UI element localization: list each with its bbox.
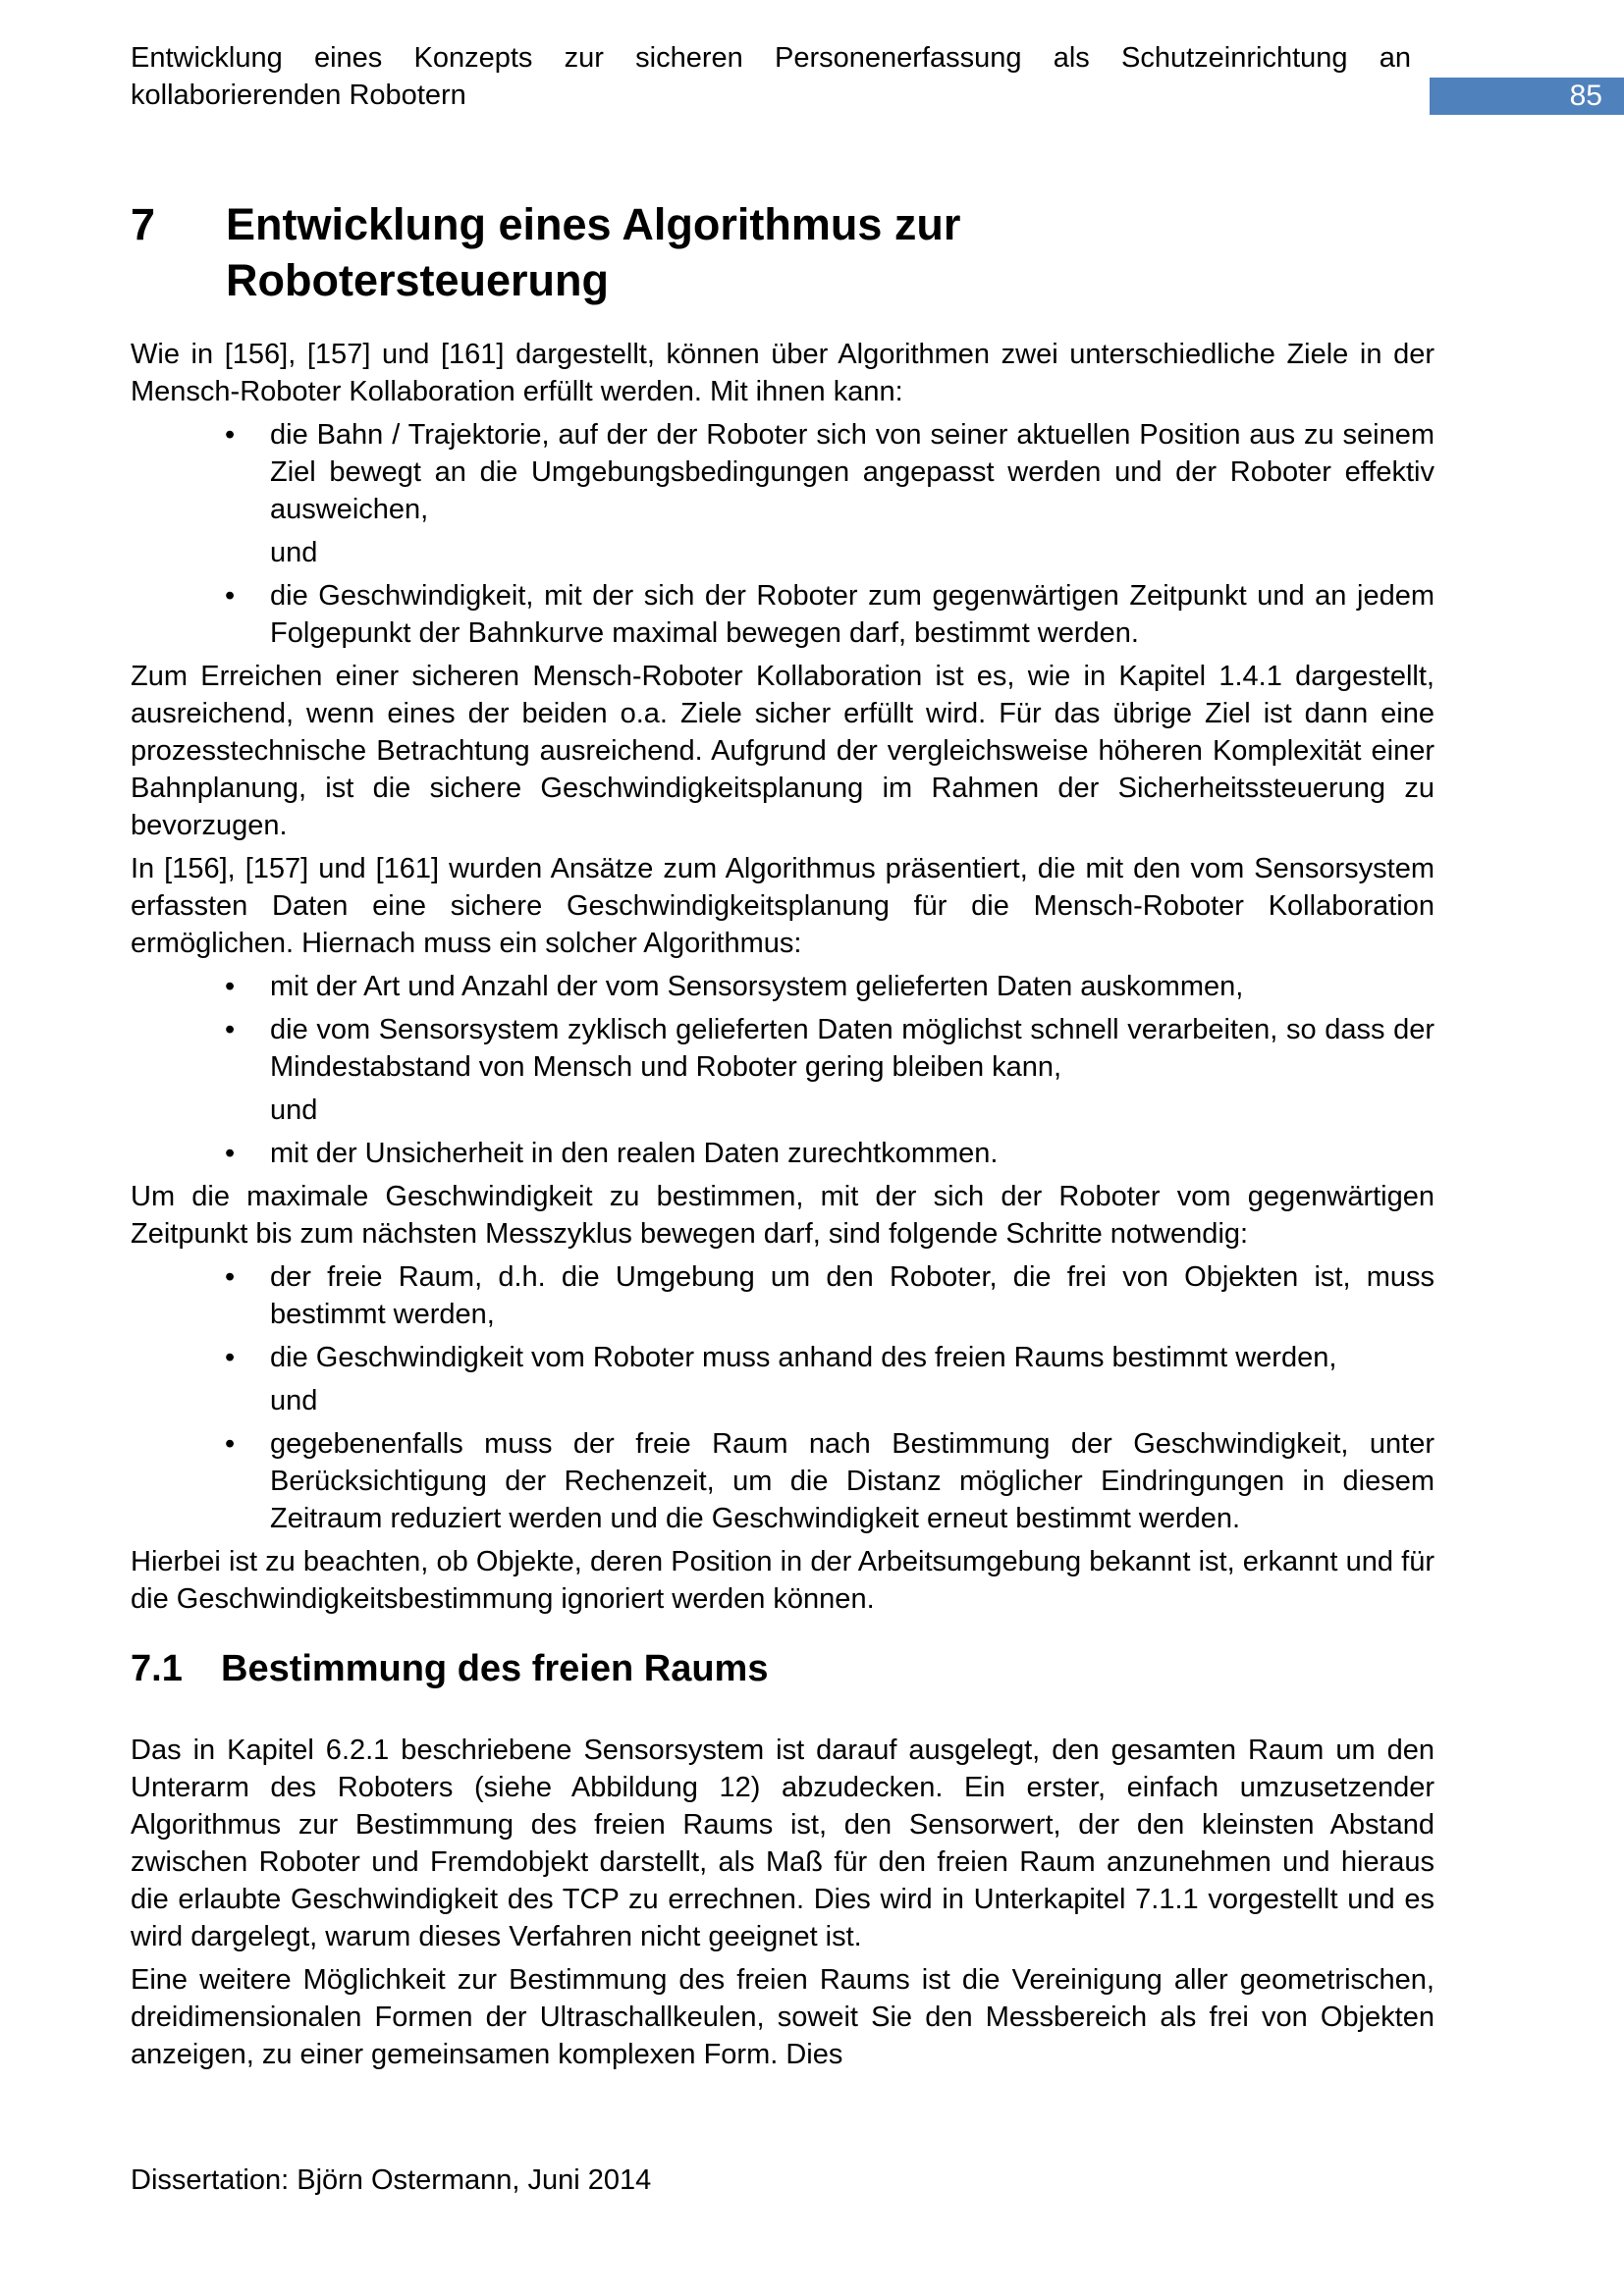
section-number: 7.1 <box>131 1645 221 1692</box>
paragraph: Um die maximale Geschwindigkeit zu besti… <box>131 1178 1435 1253</box>
document-page: 85 Entwicklung eines Konzepts zur sicher… <box>0 0 1624 2296</box>
section-heading: 7.1 Bestimmung des freien Raums <box>131 1645 1435 1692</box>
page-number: 85 <box>1570 80 1602 112</box>
bullet-connector: und <box>270 1382 1435 1419</box>
section-title: Bestimmung des freien Raums <box>221 1645 768 1692</box>
bullet-connector: und <box>270 534 1435 571</box>
paragraph: In [156], [157] und [161] wurden Ansätze… <box>131 850 1435 962</box>
chapter-heading: 7 Entwicklung eines Algorithmus zur Robo… <box>131 196 1435 308</box>
bullet-item: die Geschwindigkeit, mit der sich der Ro… <box>270 577 1435 652</box>
bullet-item: gegebenenfalls muss der freie Raum nach … <box>270 1425 1435 1537</box>
bullet-item: die vom Sensorsystem zyklisch gelieferte… <box>270 1011 1435 1086</box>
bullet-item: mit der Art und Anzahl der vom Sensorsys… <box>270 968 1435 1005</box>
bullet-item: die Geschwindigkeit vom Roboter muss anh… <box>270 1339 1435 1376</box>
paragraph: Hierbei ist zu beachten, ob Objekte, der… <box>131 1543 1435 1618</box>
chapter-title: Entwicklung eines Algorithmus zur Robote… <box>226 196 1247 308</box>
bullet-item: mit der Unsicherheit in den realen Daten… <box>270 1135 1435 1172</box>
bullet-list: mit der Art und Anzahl der vom Sensorsys… <box>131 968 1435 1172</box>
paragraph: Zum Erreichen einer sicheren Mensch-Robo… <box>131 658 1435 844</box>
bullet-list: der freie Raum, d.h. die Umgebung um den… <box>131 1258 1435 1537</box>
bullet-item: der freie Raum, d.h. die Umgebung um den… <box>270 1258 1435 1333</box>
page-footer: Dissertation: Björn Ostermann, Juni 2014 <box>131 2162 651 2199</box>
running-header-title: Entwicklung eines Konzepts zur sicheren … <box>131 39 1411 114</box>
paragraph: Eine weitere Möglichkeit zur Bestimmung … <box>131 1961 1435 2073</box>
paragraph: Wie in [156], [157] und [161] dargestell… <box>131 336 1435 410</box>
bullet-item: die Bahn / Trajektorie, auf der der Robo… <box>270 416 1435 528</box>
page-number-badge: 85 <box>1430 78 1624 115</box>
page-content: Entwicklung eines Konzepts zur sicheren … <box>131 0 1435 2079</box>
bullet-list: die Bahn / Trajektorie, auf der der Robo… <box>131 416 1435 652</box>
chapter-number: 7 <box>131 196 226 308</box>
bullet-connector: und <box>270 1092 1435 1129</box>
paragraph: Das in Kapitel 6.2.1 beschriebene Sensor… <box>131 1732 1435 1955</box>
